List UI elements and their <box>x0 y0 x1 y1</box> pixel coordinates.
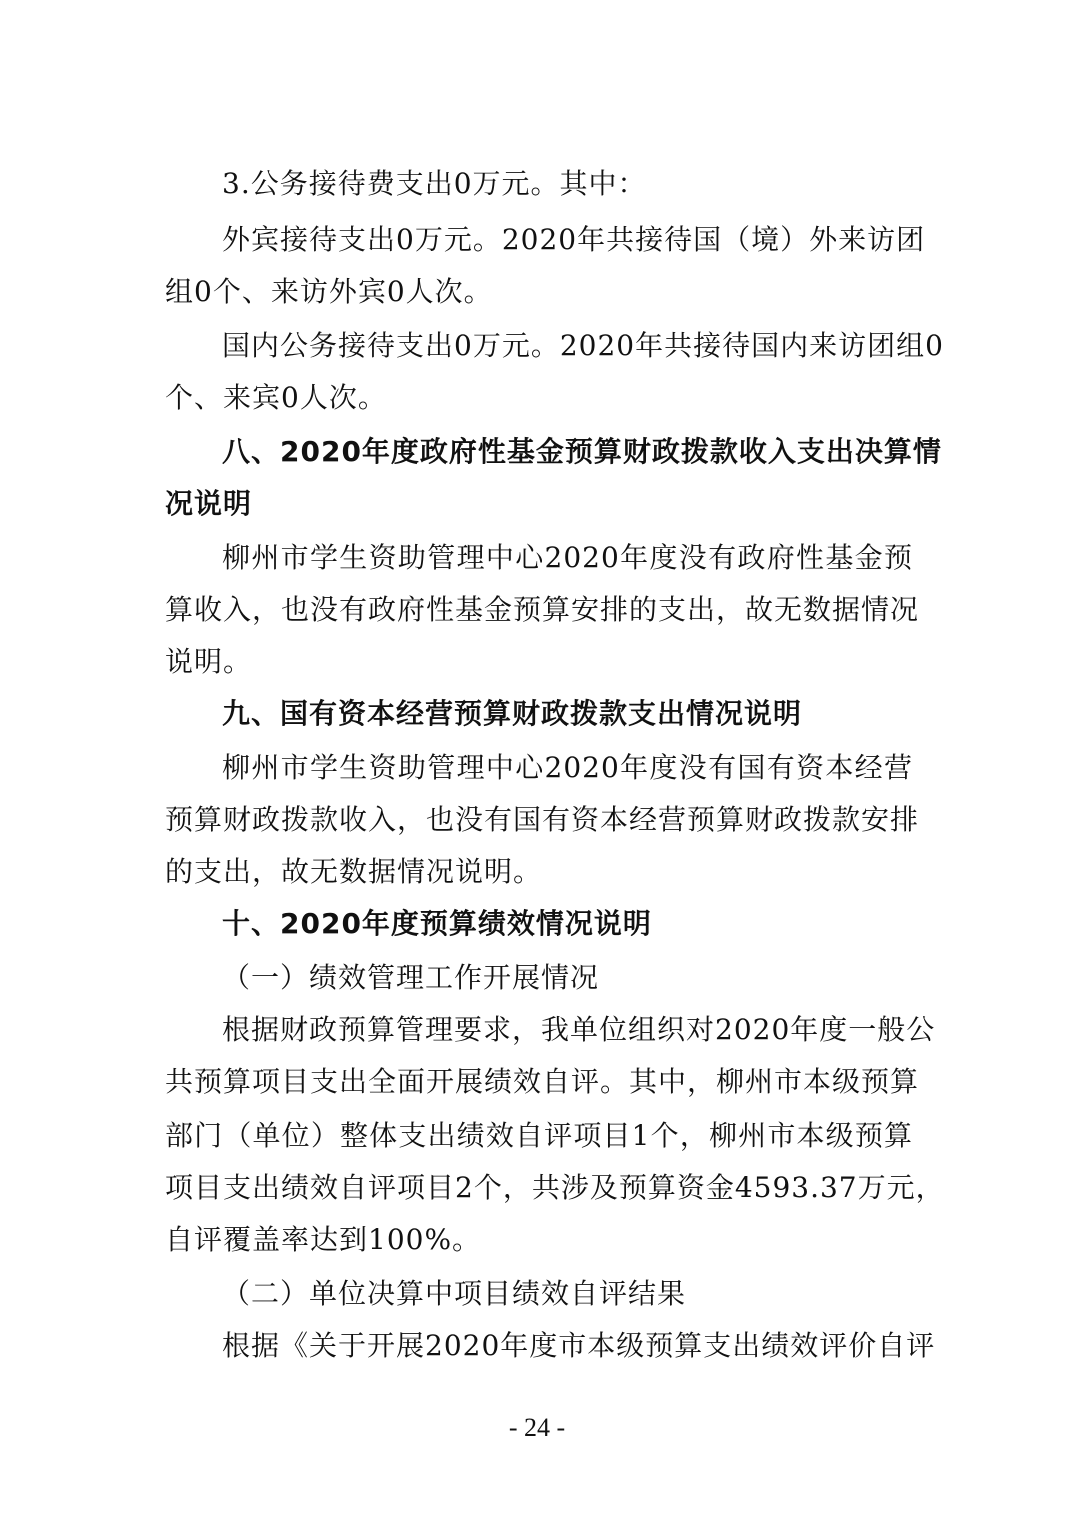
document-page: 3.公务接待费支出0万元。其中： 外宾接待支出0万元。2020年共接待国（境）外… <box>0 0 1074 1520</box>
section-9-body-line-2: 预算财政拨款收入，也没有国有资本经营预算财政拨款安排 <box>165 800 913 840</box>
performance-body-line-5: 自评覆盖率达到100%。 <box>165 1220 913 1260</box>
section-8-body-line-1: 柳州市学生资助管理中心2020年度没有政府性基金预 <box>222 538 913 578</box>
section-8-body-line-3: 说明。 <box>165 642 913 682</box>
foreign-reception-line-1: 外宾接待支出0万元。2020年共接待国（境）外来访团 <box>222 220 913 260</box>
section-8-heading-line-2: 况说明 <box>165 484 913 524</box>
performance-body-line-3: 部门（单位）整体支出绩效自评项目1个，柳州市本级预算 <box>165 1116 913 1156</box>
subheading-self-evaluation-results: （二）单位决算中项目绩效自评结果 <box>222 1274 970 1314</box>
section-9-body-line-1: 柳州市学生资助管理中心2020年度没有国有资本经营 <box>222 748 913 788</box>
domestic-reception-line-1: 国内公务接待支出0万元。2020年共接待国内来访团组0 <box>222 326 913 366</box>
section-8-heading-line-1: 八、2020年度政府性基金预算财政拨款收入支出决算情 <box>222 432 913 472</box>
section-10-heading: 十、2020年度预算绩效情况说明 <box>222 904 913 944</box>
performance-body-line-2: 共预算项目支出全面开展绩效自评。其中，柳州市本级预算 <box>165 1062 913 1102</box>
self-evaluation-body-line-1: 根据《关于开展2020年度市本级预算支出绩效评价自评 <box>222 1326 913 1366</box>
section-8-body-line-2: 算收入，也没有政府性基金预算安排的支出，故无数据情况 <box>165 590 913 630</box>
subheading-performance-management: （一）绩效管理工作开展情况 <box>222 958 970 998</box>
performance-body-line-4: 项目支出绩效自评项目2个，共涉及预算资金4593.37万元， <box>165 1168 913 1208</box>
section-9-heading: 九、国有资本经营预算财政拨款支出情况说明 <box>222 694 913 734</box>
domestic-reception-line-2: 个、来宾0人次。 <box>165 378 913 418</box>
reception-total-line: 3.公务接待费支出0万元。其中： <box>222 164 913 204</box>
section-9-body-line-3: 的支出，故无数据情况说明。 <box>165 852 913 892</box>
foreign-reception-line-2: 组0个、来访外宾0人次。 <box>165 272 913 312</box>
performance-body-line-1: 根据财政预算管理要求，我单位组织对2020年度一般公 <box>222 1010 913 1050</box>
page-number: - 24 - <box>0 1410 1074 1446</box>
